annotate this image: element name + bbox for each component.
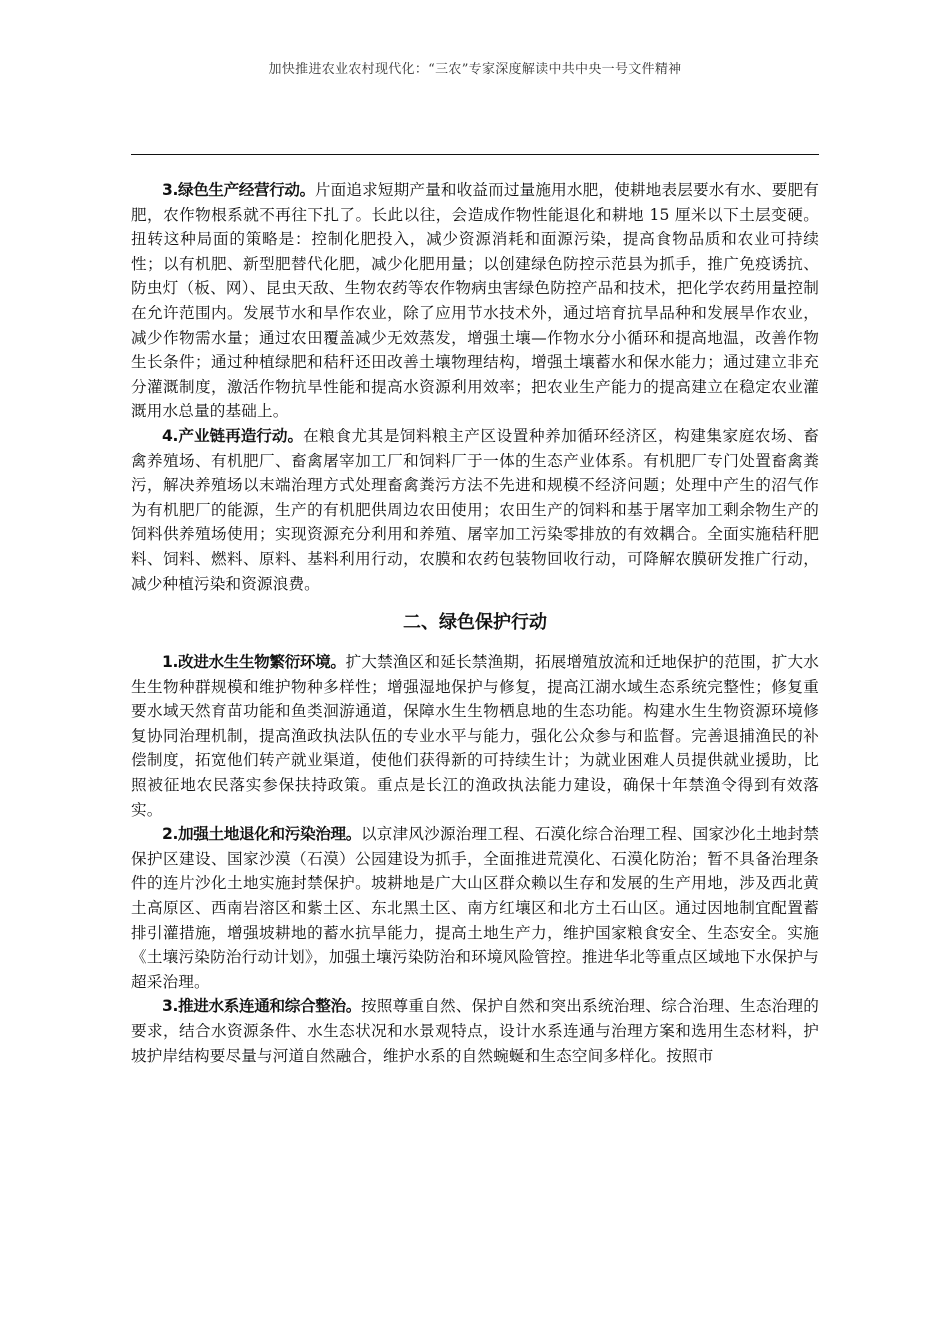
document-body: 3.绿色生产经营行动。片面追求短期产量和收益而过量施用水肥，使耕地表层要水有水、… xyxy=(131,178,819,1068)
paragraph-text: 在粮食尤其是饲料粮主产区设置种养加循环经济区，构建集家庭农场、畜禽养殖场、有机肥… xyxy=(131,427,819,593)
paragraph-water-system: 3.推进水系连通和综合整治。按照尊重自然、保护自然和突出系统治理、综合治理、生态… xyxy=(131,994,819,1068)
header-divider xyxy=(131,154,819,155)
paragraph-lead: 2.加强土地退化和污染治理。 xyxy=(162,825,361,843)
paragraph-text: 以京津风沙源治理工程、石漠化综合治理工程、国家沙化土地封禁保护区建设、国家沙漠（… xyxy=(131,825,819,991)
paragraph-green-production: 3.绿色生产经营行动。片面追求短期产量和收益而过量施用水肥，使耕地表层要水有水、… xyxy=(131,178,819,424)
paragraph-lead: 1.改进水生生物繁衍环境。 xyxy=(162,653,346,671)
paragraph-text: 片面追求短期产量和收益而过量施用水肥，使耕地表层要水有水、要肥有肥，农作物根系就… xyxy=(131,181,819,420)
section-title: 二、绿色保护行动 xyxy=(131,610,819,636)
paragraph-lead: 3.推进水系连通和综合整治。 xyxy=(162,997,361,1015)
paragraph-land-degradation: 2.加强土地退化和污染治理。以京津风沙源治理工程、石漠化综合治理工程、国家沙化土… xyxy=(131,822,819,994)
paragraph-lead: 4.产业链再造行动。 xyxy=(162,427,303,445)
paragraph-aquatic-environment: 1.改进水生生物繁衍环境。扩大禁渔区和延长禁渔期，拓展增殖放流和迁地保护的范围，… xyxy=(131,650,819,822)
running-header: 加快推进农业农村现代化：“三农”专家深度解读中共中央一号文件精神 xyxy=(0,58,950,77)
paragraph-lead: 3.绿色生产经营行动。 xyxy=(162,181,315,199)
paragraph-text: 扩大禁渔区和延长禁渔期，拓展增殖放流和迁地保护的范围，扩大水生生物种群规模和维护… xyxy=(131,653,819,819)
paragraph-industry-chain: 4.产业链再造行动。在粮食尤其是饲料粮主产区设置种养加循环经济区，构建集家庭农场… xyxy=(131,424,819,596)
